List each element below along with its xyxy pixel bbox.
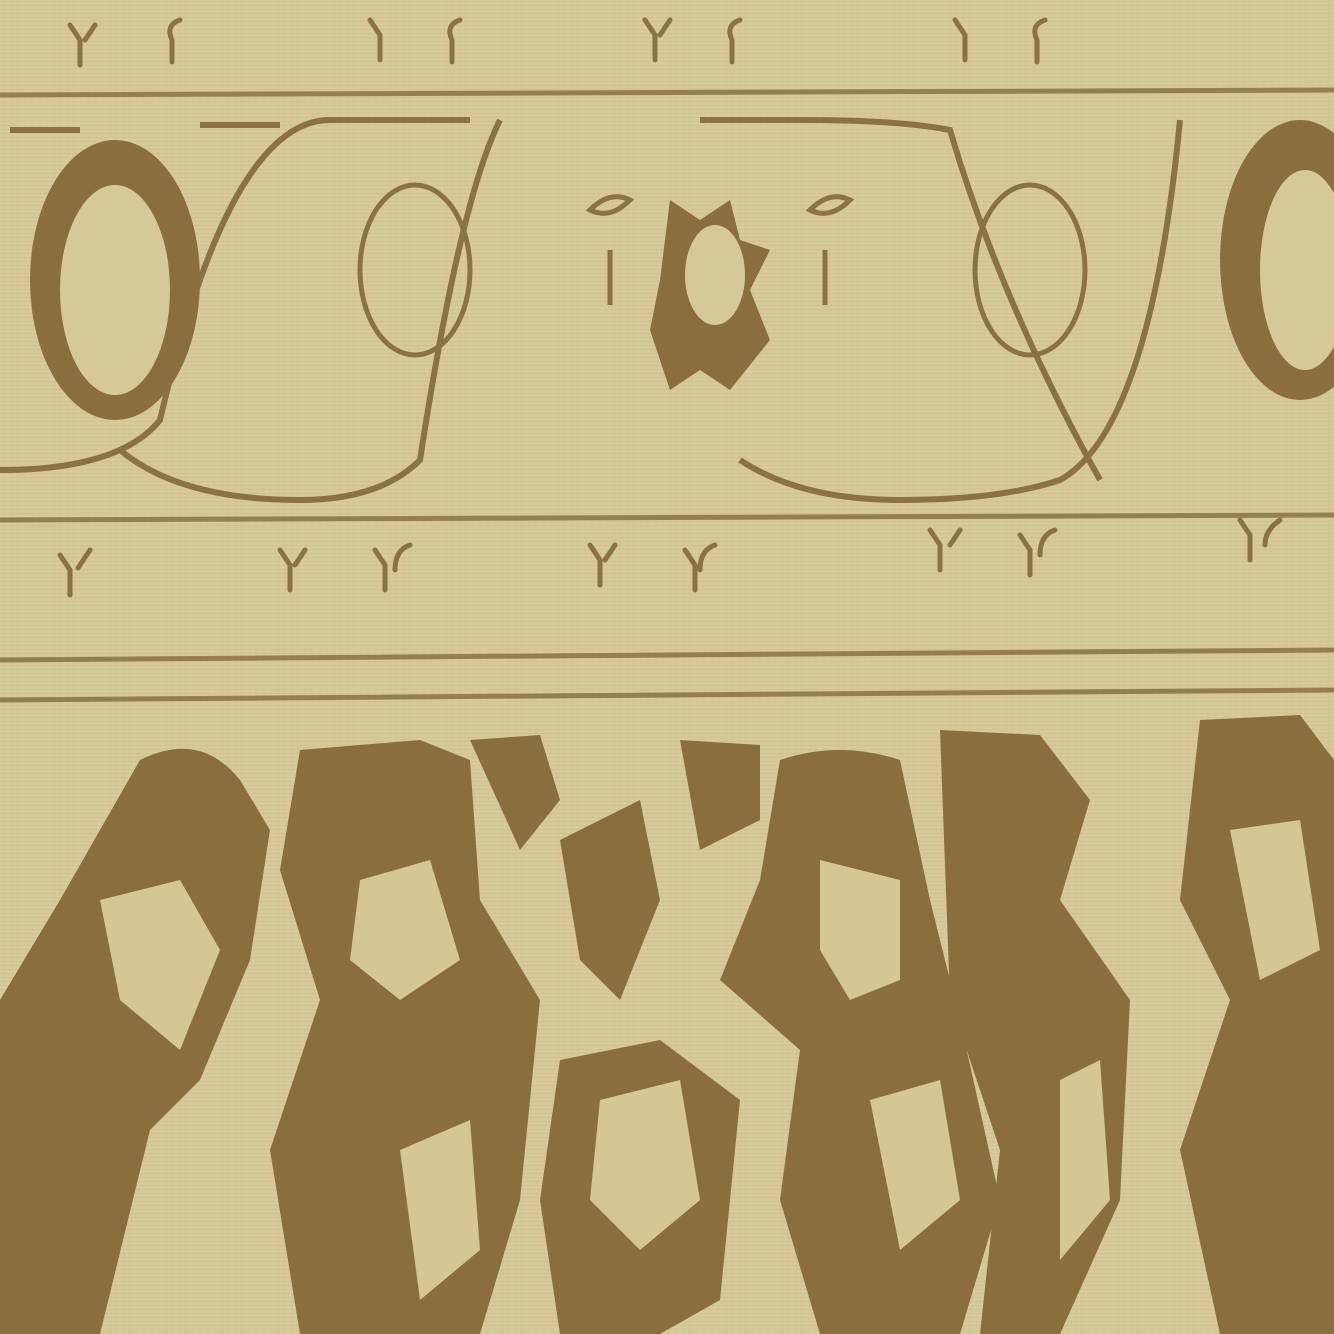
rug-photo (0, 0, 1334, 1334)
border-medallions (30, 120, 1334, 420)
field-motifs (0, 715, 1334, 1334)
rug-pattern (0, 0, 1334, 1334)
border-lines (0, 90, 1334, 700)
